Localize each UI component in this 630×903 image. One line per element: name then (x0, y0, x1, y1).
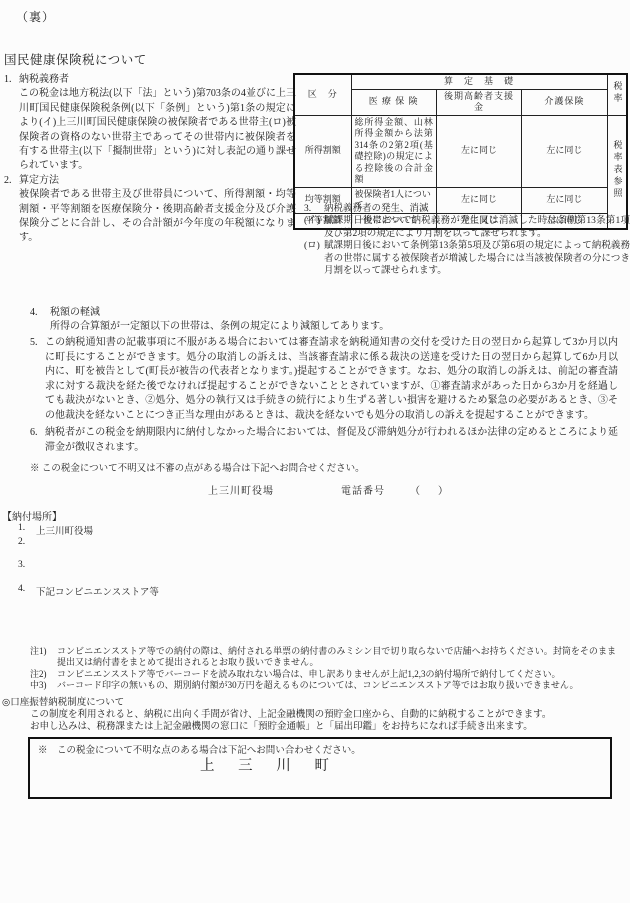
list-item-number: 3. (18, 560, 36, 570)
section3-item-i: (イ) 賦課期日後において納税義務が発生又は消滅した時は条例第13条第1項及び第… (304, 215, 630, 240)
section5-body: この納税通知書の記載事項に不服がある場合においては審査請求を納税通知書の交付を受… (45, 336, 618, 424)
table-header-calc-basis: 算 定 基 礎 (351, 74, 607, 89)
payment-places-heading: 【納付場所】 (2, 508, 62, 523)
document-page: { "page": { "side_label": "（裏）", "title"… (0, 0, 630, 903)
note-2-label: 注2) (30, 669, 57, 680)
item-i-text: 賦課期日後において納税義務が発生又は消滅した時は条例第13条第1項及び第2項の規… (324, 215, 630, 240)
section4-body: 所得の合算額が一定額以下の世帯は、条例の規定により減額してあります。 (50, 320, 590, 334)
note-3-text: バーコード印字の無いもの、期別納付額が30万円を超えるものについては、コンビニエ… (57, 680, 616, 691)
note-1-text: コンビニエンスストア等での納付の際は、納付される単票の納付書のみミシン目で切り取… (57, 646, 616, 669)
table-header-tax-rate: 税率 (607, 74, 627, 115)
tax-rate-label: 税率 (611, 81, 623, 105)
row-income-label: 所得割額 (294, 115, 351, 187)
row-income-elderly: 左に同じ (436, 115, 521, 187)
table-header-medical: 医 療 保 険 (351, 89, 436, 115)
section2-heading: 2. 算定方法 (4, 174, 296, 188)
table-row: 所得割額 総所得金額、山林所得金額から法第314条の2第2項(基礎控除)の規定に… (294, 115, 627, 187)
section1-body: この税金は地方税法(以下「法」という)第703条の4並びに上三川町国民健康保険税… (19, 87, 296, 173)
section5-number: 5. (30, 336, 45, 424)
item-ro-text: 賦課期日後において条例第13条第5項及び第6項の規定によって納税義務者の世帯に属… (324, 240, 630, 277)
list-item-number: 2. (18, 537, 36, 547)
contact-note: ※ この税金について不明又は不審の点がある場合は下記へお問合せください。 (30, 460, 365, 474)
list-item-text: 下記コンビニエンスストア等 (36, 584, 159, 598)
row-income-nursing: 左に同じ (522, 115, 607, 187)
section4-number: 4. (30, 306, 50, 320)
section3-item-ro: (ロ) 賦課期日後において条例第13条第5項及び第6項の規定によって納税義務者の… (304, 240, 630, 277)
note-1-label: 注1) (30, 646, 57, 669)
section5: 5. この納税通知書の記載事項に不服がある場合においては審査請求を納税通知書の交… (30, 336, 618, 424)
list-item: 1. 上三川町役場 (18, 523, 93, 537)
section2-title: 算定方法 (19, 174, 59, 188)
section1-number: 1. (4, 73, 19, 87)
note-2-text: コンビニエンスストア等でバーコードを読み取れない場合は、申し訳ありませんが上記1… (57, 669, 616, 680)
list-item: 3. (18, 560, 36, 570)
table-header-nursing: 介護保険 (522, 89, 607, 115)
list-item: 2. (18, 537, 36, 547)
section3-title: 納税義務者の発生、消滅 (324, 203, 429, 215)
phone-number-label: 電話番号 (341, 482, 385, 497)
town-name: 上 三 川 町 (200, 754, 339, 775)
row-income-medical: 総所得金額、山林所得金額から法第314条の2第2項(基礎控除)の規定による控除後… (351, 115, 436, 187)
list-item-text: 上三川町役場 (36, 523, 93, 537)
note-2: 注2) コンビニエンスストア等でバーコードを読み取れない場合は、申し訳ありません… (30, 669, 616, 680)
section6: 6. 納税者がこの税金を納期限内に納付しなかった場合においては、督促及び滞納処分… (30, 426, 618, 455)
section2-number: 2. (4, 174, 19, 188)
list-item-number: 1. (18, 523, 36, 537)
list-item-number: 4. (18, 584, 36, 598)
section4: 4. 税額の軽減 所得の合算額が一定額以下の世帯は、条例の規定により減額してあり… (30, 306, 590, 334)
item-i-label: (イ) (304, 215, 324, 240)
page-title: 国民健康保険税について (4, 50, 147, 68)
list-item: 4. 下記コンビニエンスストア等 (18, 584, 159, 598)
left-column: 1. 納税義務者 この税金は地方税法(以下「法」という)第703条の4並びに上三… (4, 73, 296, 246)
rate-reference-label: 税率表参照 (611, 140, 623, 200)
section3-number: 3. (300, 203, 324, 215)
section2-body: 被保険者である世帯主及び世帯員について、所得割額・均等割額・平等割額を医療保険分… (19, 188, 296, 246)
section3: 3. 納税義務者の発生、消滅 (イ) 賦課期日後において納税義務が発生又は消滅し… (300, 203, 630, 277)
section3-heading: 3. 納税義務者の発生、消滅 (300, 203, 630, 215)
convenience-store-notes: 注1) コンビニエンスストア等での納付の際は、納付される単票の納付書のみミシン目… (30, 646, 616, 692)
note-1: 注1) コンビニエンスストア等での納付の際は、納付される単票の納付書のみミシン目… (30, 646, 616, 669)
account-transfer-line2: お申し込みは、税務課または上記金融機関の窓口に「預貯金通帳」と「届出印鑑」をお持… (30, 718, 616, 732)
section6-number: 6. (30, 426, 45, 455)
section1-title: 納税義務者 (19, 73, 69, 87)
section4-heading: 4. 税額の軽減 (30, 306, 590, 320)
town-office-name: 上三川町役場 (208, 482, 274, 497)
table-header-category: 区 分 (294, 74, 351, 115)
note-3-label: 中3) (30, 680, 57, 691)
section1-heading: 1. 納税義務者 (4, 73, 296, 87)
phone-number-value: （ ） (410, 482, 452, 497)
section6-body: 納税者がこの税金を納期限内に納付しなかった場合においては、督促及び滞納処分が行わ… (45, 426, 618, 455)
inquiry-box: ※ この税金について不明な点のある場合は下記へお問い合わせください。 上 三 川… (28, 737, 612, 799)
page-side-label: （裏） (16, 8, 55, 25)
table-header-elderly-support: 後期高齢者支援金 (436, 89, 521, 115)
section4-title: 税額の軽減 (50, 306, 100, 320)
item-ro-label: (ロ) (304, 240, 324, 277)
note-3: 中3) バーコード印字の無いもの、期別納付額が30万円を超えるものについては、コ… (30, 680, 616, 691)
